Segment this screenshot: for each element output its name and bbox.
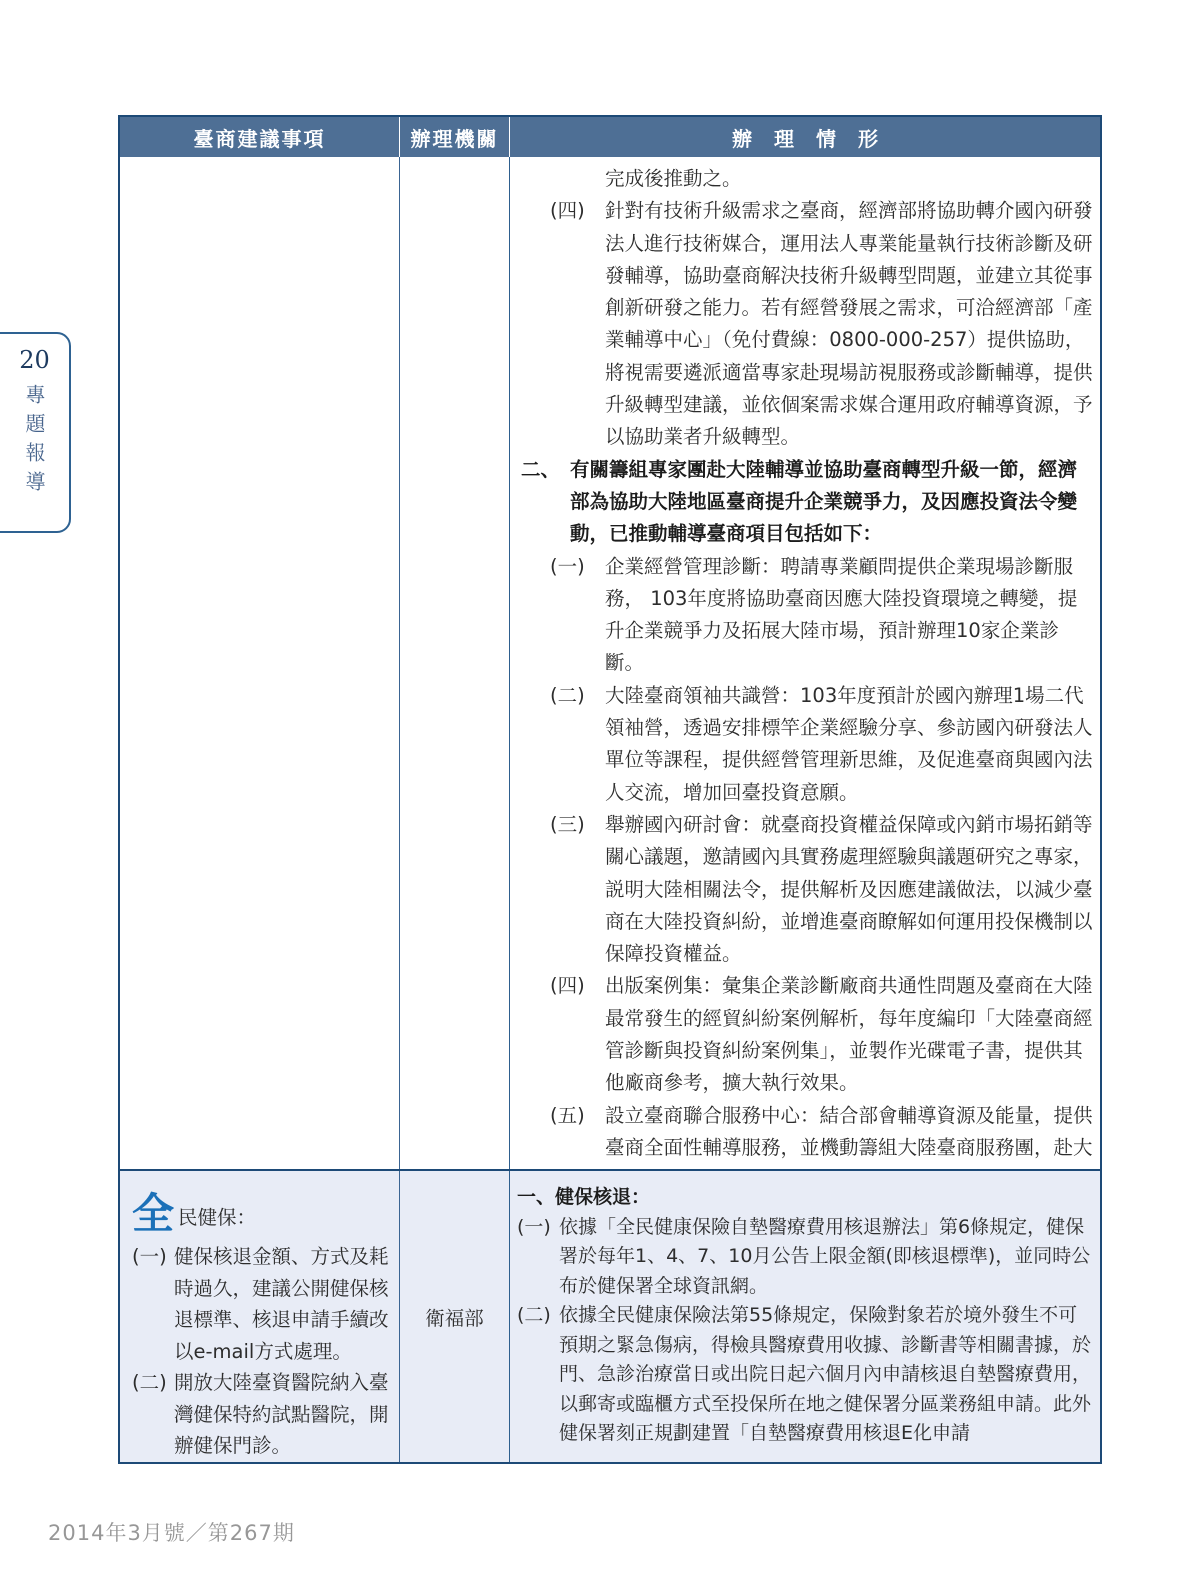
list-item: (三)舉辦國內研討會：就臺商投資權益保障或內銷市場拓銷等關心議題，邀請國內具實務… — [510, 809, 1093, 970]
page-number: 20 — [3, 346, 50, 374]
list-item: (四)針對有技術升級需求之臺商，經濟部將協助轉介國內研發法人進行技術媒合，運用法… — [510, 195, 1093, 453]
item-marker: (一) — [550, 551, 605, 583]
list-item: (一)企業經營管理診斷：聘請專業顧問提供企業現場診斷服務， 103年度將協助臺商… — [510, 551, 1093, 680]
header-col-suggestions: 臺商建議事項 — [120, 117, 400, 157]
item-marker: (一) — [132, 1241, 174, 1273]
item-text: 針對有技術升級需求之臺商，經濟部將協助轉介國內研發法人進行技術媒合，運用法人專業… — [605, 199, 1093, 448]
table-header-row: 臺商建議事項 辦理機關 辦理情形 — [120, 117, 1100, 157]
item-text: 開放大陸臺資醫院納入臺灣健保特約試點醫院，開辦健保門診。 — [174, 1371, 389, 1457]
row2-agency-cell: 衛福部 — [400, 1171, 510, 1462]
item-marker: (一) — [517, 1213, 559, 1243]
list-item: (五)設立臺商聯合服務中心：結合部會輔導資源及能量，提供臺商全面性輔導服務，並機… — [510, 1100, 1093, 1169]
item-marker: 二、 — [521, 454, 570, 486]
item-text: 有關籌組專家團赴大陸輔導並協助臺商轉型升級一節，經濟部為協助大陸地區臺商提升企業… — [570, 458, 1077, 546]
item-text: 大陸臺商領袖共識營：103年度預計於國內辦理1場二代領袖營，透過安排標竿企業經驗… — [605, 684, 1093, 804]
header-col-agency: 辦理機關 — [400, 117, 510, 157]
suggestions-table: 臺商建議事項 辦理機關 辦理情形 完成後推動之。 (四)針對有技術升級需求之臺商… — [118, 115, 1102, 1464]
item-marker: (二) — [132, 1367, 174, 1399]
list-item: (一)健保核退金額、方式及耗時過久，建議公開健保核退標準、核退申請手續改以e-m… — [120, 1241, 391, 1367]
item-text: 依據「全民健康保險自墊醫療費用核退辦法」第6條規定，健保署於每年1、4、7、10… — [559, 1216, 1090, 1297]
item-marker: (二) — [517, 1301, 559, 1331]
item-text: 舉辦國內研討會：就臺商投資權益保障或內銷市場拓銷等關心議題，邀請國內具實務處理經… — [605, 813, 1093, 965]
row2-suggestion-cell: 全 民健保： (一)健保核退金額、方式及耗時過久，建議公開健保核退標準、核退申請… — [120, 1171, 400, 1462]
paragraph-continuation: 完成後推動之。 — [510, 163, 1093, 195]
item-text: 出版案例集：彙集企業診斷廠商共通性問題及臺商在大陸最常發生的經貿糾紛案例解析，每… — [605, 974, 1093, 1094]
status-section-heading: 一、健保核退： — [510, 1183, 1092, 1213]
item-text: 設立臺商聯合服務中心：結合部會輔導資源及能量，提供臺商全面性輔導服務，並機動籌組… — [605, 1104, 1093, 1169]
item-marker: (五) — [550, 1100, 605, 1132]
issue-footer: 2014年3月號／第267期 — [48, 1517, 295, 1547]
section-tab: 20 專題報導 — [0, 332, 71, 533]
list-item: (二)開放大陸臺資醫院納入臺灣健保特約試點醫院，開辦健保門診。 — [120, 1367, 391, 1462]
item-marker: (二) — [550, 680, 605, 712]
topic-title: 全 民健保： — [120, 1189, 391, 1235]
header-col-status: 辦理情形 — [510, 117, 1100, 157]
section-label: 專題報導 — [4, 384, 49, 500]
header-col-status-label: 辦理情形 — [732, 123, 900, 152]
row1-agency-cell — [400, 157, 510, 1169]
item-text: 依據全民健康保險法第55條規定，保險對象若於境外發生不可預期之緊急傷病，得檢具醫… — [559, 1304, 1091, 1444]
topic-title-rest: 民健保： — [178, 1202, 256, 1236]
row2-status-cell: 一、健保核退： (一)依據「全民健康保險自墊醫療費用核退辦法」第6條規定，健保署… — [510, 1171, 1100, 1462]
table-row: 全 民健保： (一)健保核退金額、方式及耗時過久，建議公開健保核退標準、核退申請… — [120, 1169, 1100, 1462]
item-text: 企業經營管理診斷：聘請專業顧問提供企業現場診斷服務， 103年度將協助臺商因應大… — [605, 555, 1077, 675]
agency-name: 衛福部 — [425, 1303, 484, 1331]
list-item: (二)依據全民健康保險法第55條規定，保險對象若於境外發生不可預期之緊急傷病，得… — [510, 1301, 1092, 1449]
item-marker: (四) — [550, 970, 605, 1002]
item-text: 健保核退金額、方式及耗時過久，建議公開健保核退標準、核退申請手續改以e-mail… — [174, 1245, 389, 1363]
list-item: (一)依據「全民健康保險自墊醫療費用核退辦法」第6條規定，健保署於每年1、4、7… — [510, 1213, 1092, 1302]
item-marker: (四) — [550, 195, 605, 227]
row1-status-cell: 完成後推動之。 (四)針對有技術升級需求之臺商，經濟部將協助轉介國內研發法人進行… — [510, 157, 1100, 1169]
list-item: (四)出版案例集：彙集企業診斷廠商共通性問題及臺商在大陸最常發生的經貿糾紛案例解… — [510, 970, 1093, 1099]
table-row: 完成後推動之。 (四)針對有技術升級需求之臺商，經濟部將協助轉介國內研發法人進行… — [120, 157, 1100, 1169]
item-marker: (三) — [550, 809, 605, 841]
list-item: (二)大陸臺商領袖共識營：103年度預計於國內辦理1場二代領袖營，透過安排標竿企… — [510, 680, 1093, 809]
row1-suggestion-cell — [120, 157, 400, 1169]
dropcap-char: 全 — [132, 1193, 174, 1235]
list-item-level1: 二、有關籌組專家團赴大陸輔導並協助臺商轉型升級一節，經濟部為協助大陸地區臺商提升… — [510, 454, 1093, 551]
